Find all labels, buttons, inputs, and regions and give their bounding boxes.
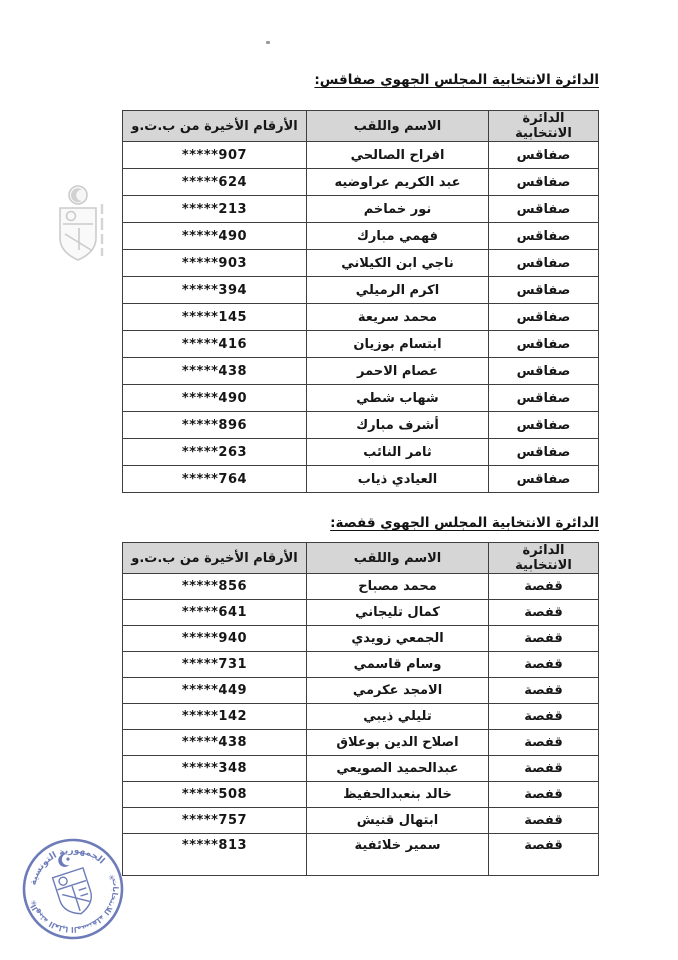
roster-table-gafsa: الدائرة الانتخابية الاسم واللقب الأرقام … (122, 542, 599, 876)
id-cell: *****394 (123, 277, 307, 304)
scanned-document-page: الدائرة الانتخابية المجلس الجهوي صفاقس: … (0, 0, 678, 960)
id-cell: *****903 (123, 250, 307, 277)
id-cell: *****348 (123, 756, 307, 782)
id-value: *****416 (182, 337, 247, 352)
district-cell: قفصة (489, 652, 599, 678)
emblem-shield (53, 868, 97, 919)
id-value: *****145 (182, 310, 247, 325)
section-title-sfax: الدائرة الانتخابية المجلس الجهوي صفاقس: (314, 72, 599, 88)
id-value: *****624 (182, 175, 247, 190)
district-cell: صفاقس (489, 358, 599, 385)
district-cell: صفاقس (489, 142, 599, 169)
district-cell: صفاقس (489, 250, 599, 277)
table-header-row: الدائرة الانتخابية الاسم واللقب الأرقام … (123, 543, 599, 574)
table-row: قفصةعبدالحميد الصويعي*****348 (123, 756, 599, 782)
header-name: الاسم واللقب (307, 111, 489, 142)
name-cell: وسام قاسمي (307, 652, 489, 678)
table-row: صفاقسافراح الصالحي*****907 (123, 142, 599, 169)
id-value: *****856 (182, 579, 247, 594)
district-cell: صفاقس (489, 304, 599, 331)
id-value: *****641 (182, 605, 247, 620)
id-cell: *****449 (123, 678, 307, 704)
id-cell: *****624 (123, 169, 307, 196)
id-value: *****490 (182, 391, 247, 406)
table-row: قفصةوسام قاسمي*****731 (123, 652, 599, 678)
table-row: صفاقسفهمي مبارك*****490 (123, 223, 599, 250)
id-cell: *****856 (123, 574, 307, 600)
district-cell: صفاقس (489, 331, 599, 358)
table-row: صفاقسالعيادي ذياب*****764 (123, 466, 599, 493)
name-cell: تليلي ذيبي (307, 704, 489, 730)
id-value: *****896 (182, 418, 247, 433)
table-row: صفاقسعبد الكريم عراوضيه*****624 (123, 169, 599, 196)
id-value: *****903 (182, 256, 247, 271)
name-cell: كمال تليجاني (307, 600, 489, 626)
table-row: صفاقسناجي ابن الكيلاني*****903 (123, 250, 599, 277)
id-value: *****348 (182, 761, 247, 776)
table-row: قفصةخالد بنعبدالحفيظ*****508 (123, 782, 599, 808)
name-cell: فهمي مبارك (307, 223, 489, 250)
id-value: *****490 (182, 229, 247, 244)
name-cell: افراح الصالحي (307, 142, 489, 169)
id-value: *****764 (182, 472, 247, 487)
name-cell: اصلاح الدين بوعلاق (307, 730, 489, 756)
district-cell: قفصة (489, 730, 599, 756)
name-cell: العيادي ذياب (307, 466, 489, 493)
name-cell: نور خماخم (307, 196, 489, 223)
district-cell: صفاقس (489, 169, 599, 196)
id-value: *****449 (182, 683, 247, 698)
table-row: قفصةمحمد مصباح*****856 (123, 574, 599, 600)
id-value: *****508 (182, 787, 247, 802)
id-cell: *****263 (123, 439, 307, 466)
id-cell: *****142 (123, 704, 307, 730)
table-row: صفاقسنور خماخم*****213 (123, 196, 599, 223)
district-cell: قفصة (489, 704, 599, 730)
svg-text:الجمهورية التونسية: الجمهورية التونسية (21, 835, 108, 889)
id-value: *****757 (182, 813, 247, 828)
table-row: قفصةسمير خلائفية*****813 (123, 834, 599, 876)
star-icon (66, 857, 70, 861)
table-row: صفاقسأشرف مبارك*****896 (123, 412, 599, 439)
table-row: قفصةتليلي ذيبي*****142 (123, 704, 599, 730)
header-id-digits: الأرقام الأخيرة من ب.ت.و (123, 543, 307, 574)
id-cell: *****907 (123, 142, 307, 169)
district-cell: صفاقس (489, 385, 599, 412)
table-row: قفصةالجمعي زويدي*****940 (123, 626, 599, 652)
id-value: *****813 (182, 838, 247, 853)
name-cell: اكرم الرميلي (307, 277, 489, 304)
id-cell: *****896 (123, 412, 307, 439)
district-cell: قفصة (489, 834, 599, 876)
roster-table-sfax: الدائرة الانتخابية الاسم واللقب الأرقام … (122, 110, 599, 493)
id-cell: *****764 (123, 466, 307, 493)
district-cell: قفصة (489, 808, 599, 834)
name-cell: ناجي ابن الكيلاني (307, 250, 489, 277)
id-value: *****438 (182, 364, 247, 379)
table-row: صفاقسعصام الاحمر*****438 (123, 358, 599, 385)
district-cell: قفصة (489, 626, 599, 652)
district-cell: صفاقس (489, 439, 599, 466)
district-cell: قفصة (489, 600, 599, 626)
district-cell: قفصة (489, 678, 599, 704)
district-cell: قفصة (489, 756, 599, 782)
table-row: قفصةابتهال قنيش*****757 (123, 808, 599, 834)
name-cell: ابتهال قنيش (307, 808, 489, 834)
id-cell: *****813 (123, 834, 307, 876)
id-cell: *****757 (123, 808, 307, 834)
district-cell: صفاقس (489, 277, 599, 304)
id-value: *****263 (182, 445, 247, 460)
id-cell: *****416 (123, 331, 307, 358)
header-district: الدائرة الانتخابية (489, 111, 599, 142)
table-row: صفاقسابتسام بوزيان*****416 (123, 331, 599, 358)
district-cell: قفصة (489, 574, 599, 600)
id-cell: *****438 (123, 730, 307, 756)
table-row: صفاقسشهاب شطي*****490 (123, 385, 599, 412)
name-cell: سمير خلائفية (307, 834, 489, 876)
table-row: قفصةكمال تليجاني*****641 (123, 600, 599, 626)
id-cell: *****490 (123, 223, 307, 250)
id-cell: *****145 (123, 304, 307, 331)
id-cell: *****731 (123, 652, 307, 678)
header-district: الدائرة الانتخابية (489, 543, 599, 574)
stamp-top-text: الجمهورية التونسية (21, 835, 108, 889)
id-value: *****731 (182, 657, 247, 672)
isie-official-stamp: الجمهورية التونسية الهيئة العليا المستقل… (6, 822, 140, 956)
name-cell: شهاب شطي (307, 385, 489, 412)
table-row: صفاقساكرم الرميلي*****394 (123, 277, 599, 304)
table-header-row: الدائرة الانتخابية الاسم واللقب الأرقام … (123, 111, 599, 142)
name-cell: الامجد عكرمي (307, 678, 489, 704)
id-value: *****142 (182, 709, 247, 724)
id-cell: *****641 (123, 600, 307, 626)
id-value: *****438 (182, 735, 247, 750)
id-cell: *****940 (123, 626, 307, 652)
name-cell: عصام الاحمر (307, 358, 489, 385)
name-cell: محمد مصباح (307, 574, 489, 600)
id-cell: *****508 (123, 782, 307, 808)
name-cell: عبد الكريم عراوضيه (307, 169, 489, 196)
name-cell: خالد بنعبدالحفيظ (307, 782, 489, 808)
district-cell: صفاقس (489, 196, 599, 223)
tunisia-emblem-watermark (52, 184, 110, 270)
district-cell: صفاقس (489, 466, 599, 493)
id-value: *****907 (182, 148, 247, 163)
id-cell: *****438 (123, 358, 307, 385)
table-row: صفاقسثامر النائب*****263 (123, 439, 599, 466)
id-cell: *****213 (123, 196, 307, 223)
table-row: صفاقسمحمد سريعة*****145 (123, 304, 599, 331)
district-cell: قفصة (489, 782, 599, 808)
table-row: قفصةالامجد عكرمي*****449 (123, 678, 599, 704)
header-name: الاسم واللقب (307, 543, 489, 574)
district-cell: صفاقس (489, 412, 599, 439)
scan-artifact-dot (266, 41, 270, 44)
id-value: *****213 (182, 202, 247, 217)
header-id-digits: الأرقام الأخيرة من ب.ت.و (123, 111, 307, 142)
name-cell: أشرف مبارك (307, 412, 489, 439)
name-cell: محمد سريعة (307, 304, 489, 331)
name-cell: الجمعي زويدي (307, 626, 489, 652)
name-cell: عبدالحميد الصويعي (307, 756, 489, 782)
id-cell: *****490 (123, 385, 307, 412)
section-title-gafsa: الدائرة الانتخابية المجلس الجهوي قفصة: (330, 515, 599, 531)
name-cell: ثامر النائب (307, 439, 489, 466)
district-cell: صفاقس (489, 223, 599, 250)
name-cell: ابتسام بوزيان (307, 331, 489, 358)
id-value: *****940 (182, 631, 247, 646)
id-value: *****394 (182, 283, 247, 298)
table-row: قفصةاصلاح الدين بوعلاق*****438 (123, 730, 599, 756)
